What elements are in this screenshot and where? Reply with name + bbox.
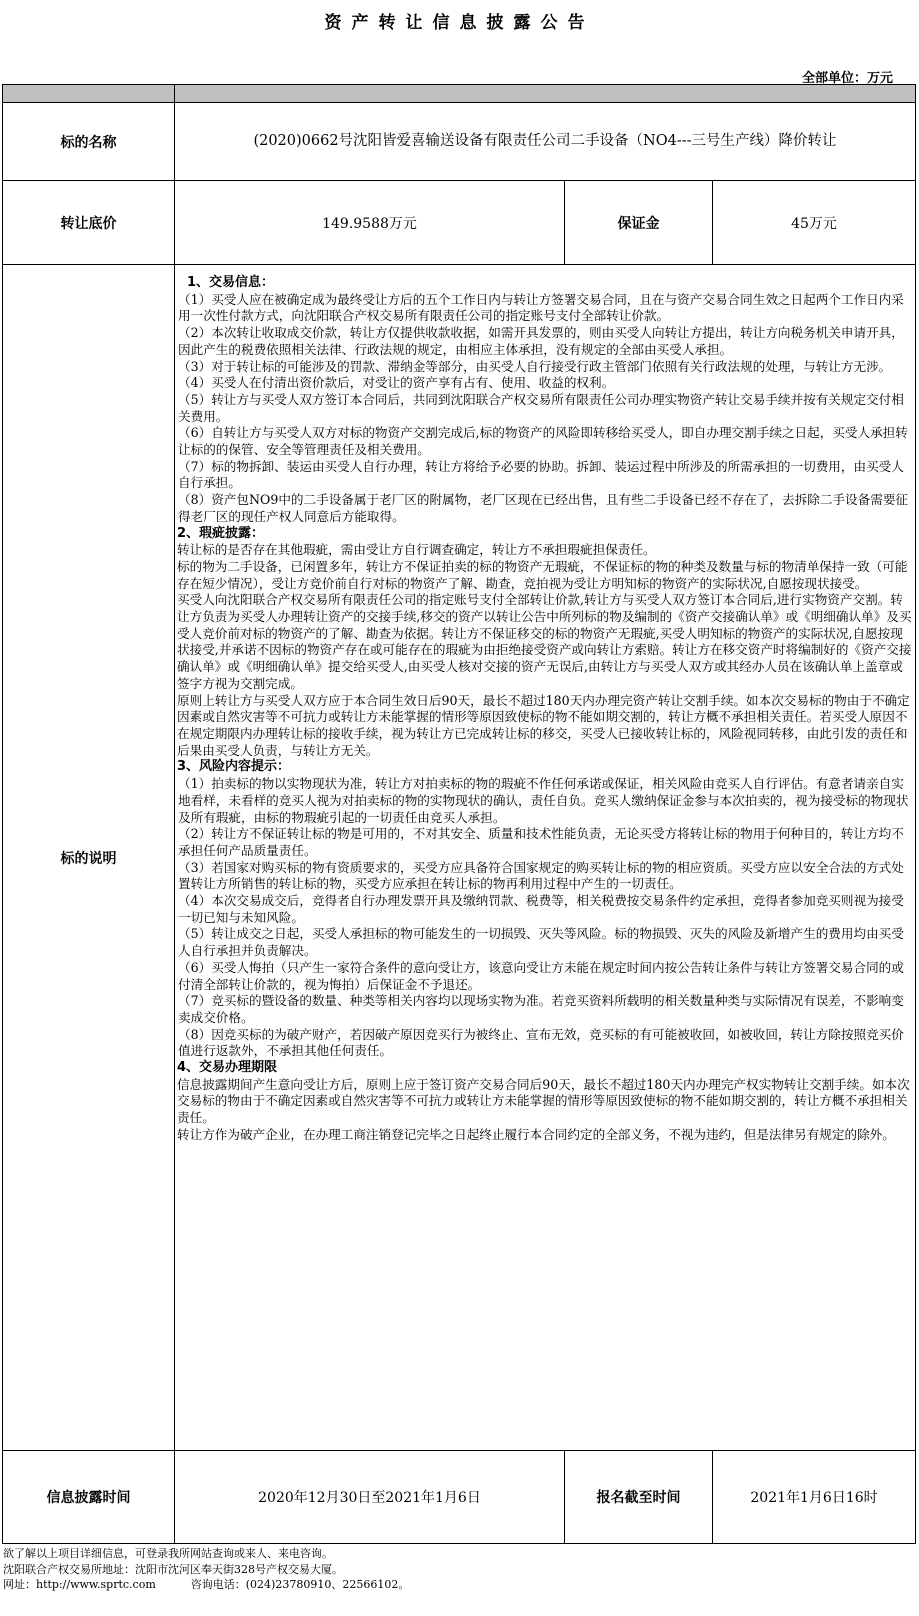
table-row-price: 转让底价 149.9588万元 保证金 45万元 bbox=[3, 181, 916, 265]
price-value: 149.9588万元 bbox=[175, 181, 565, 265]
list-item: （4）买受人在付清出资价款后，对受让的资产享有占有、使用、收益的权利。 bbox=[177, 375, 913, 392]
list-item: （2）本次转让收取成交价款，转让方仅提供收款收据，如需开具发票的，则由买受人向转… bbox=[177, 325, 913, 358]
paragraph: 转让方作为破产企业，在办理工商注销登记完毕之日起终止履行本合同约定的全部义务，不… bbox=[177, 1127, 913, 1144]
list-item: （3）若国家对购买标的物有资质要求的，买受方应具备符合国家规定的购买转让标的物的… bbox=[177, 860, 913, 893]
deadline-value: 2021年1月6日16时 bbox=[713, 1451, 916, 1544]
section-heading-defect-disclosure: 2、瑕疵披露： bbox=[177, 526, 913, 543]
deposit-value: 45万元 bbox=[713, 181, 916, 265]
disclosure-table: 标的名称 (2020)0662号沈阳皆爱喜输送设备有限责任公司二手设备（NO4-… bbox=[2, 84, 916, 1544]
paragraph: 原则上转让方与买受人双方应于本合同生效日后90天，最长不超过180天内办理完资产… bbox=[177, 693, 913, 760]
description-body: 1、交易信息： （1）买受人应在被确定成为最终受让方后的五个工作日内与转让方签署… bbox=[175, 265, 916, 1451]
list-item: （4）本次交易成交后，竞得者自行办理发票开具及缴纳罚款、税费等，相关税费按交易条… bbox=[177, 893, 913, 926]
website-link[interactable]: http://www.sprtc.com bbox=[36, 1578, 156, 1591]
footer-address: 沈阳联合产权交易所地址：沈阳市沈河区奉天街328号产权交易大厦。 bbox=[3, 1562, 409, 1578]
website-label: 网址： bbox=[3, 1578, 36, 1591]
list-item: （5）转让方与买受人双方签订本合同后，共同到沈阳联合产权交易所有限责任公司办理实… bbox=[177, 392, 913, 425]
section-heading-trade-period: 4、交易办理期限 bbox=[177, 1060, 913, 1077]
name-label: 标的名称 bbox=[3, 103, 175, 181]
table-header-row bbox=[3, 85, 916, 103]
phone-label: 咨询电话： bbox=[191, 1578, 246, 1591]
list-item: （8）因竞买标的为破产财产，若因破产原因竞买行为被终止、宣布无效，竞买标的有可能… bbox=[177, 1027, 913, 1060]
page-title: 资产转让信息披露公告 bbox=[0, 8, 919, 33]
footer: 欲了解以上项目详细信息，可登录我所网站查询或来人、来电咨询。 沈阳联合产权交易所… bbox=[3, 1546, 409, 1593]
list-item: （8）资产包NO9中的二手设备属于老厂区的附属物，老厂区现在已经出售，且有些二手… bbox=[177, 492, 913, 525]
section-heading-trade-info: 1、交易信息： bbox=[177, 275, 913, 292]
paragraph: 标的物为二手设备，已闲置多年，转让方不保证拍卖的标的物资产无瑕疵，不保证标的物的… bbox=[177, 559, 913, 592]
name-value: (2020)0662号沈阳皆爱喜输送设备有限责任公司二手设备（NO4---三号生… bbox=[175, 103, 916, 181]
paragraph: 买受人向沈阳联合产权交易所有限责任公司的指定账号支付全部转让价款,转让方与买受人… bbox=[177, 592, 913, 692]
list-item: （3）对于转让标的可能涉及的罚款、滞纳金等部分，由买受人自行接受行政主管部门依照… bbox=[177, 359, 913, 376]
list-item: （6）自转让方与买受人双方对标的物资产交割完成后,标的物资产的风险即转移给买受人… bbox=[177, 425, 913, 458]
phone-number: (024)23780910、22566102。 bbox=[246, 1578, 410, 1591]
paragraph: 信息披露期间产生意向受让方后，原则上应于签订资产交易合同后90天，最长不超过18… bbox=[177, 1077, 913, 1127]
header-cell-right bbox=[175, 85, 916, 103]
header-cell-left bbox=[3, 85, 175, 103]
disclosure-time-label: 信息披露时间 bbox=[3, 1451, 175, 1544]
deadline-label: 报名截至时间 bbox=[565, 1451, 713, 1544]
table-row-dates: 信息披露时间 2020年12月30日至2021年1月6日 报名截至时间 2021… bbox=[3, 1451, 916, 1544]
footer-contact-note: 欲了解以上项目详细信息，可登录我所网站查询或来人、来电咨询。 bbox=[3, 1546, 409, 1562]
table-row-description: 标的说明 1、交易信息： （1）买受人应在被确定成为最终受让方后的五个工作日内与… bbox=[3, 265, 916, 1451]
disclosure-time-value: 2020年12月30日至2021年1月6日 bbox=[175, 1451, 565, 1544]
list-item: （1）买受人应在被确定成为最终受让方后的五个工作日内与转让方签署交易合同，且在与… bbox=[177, 292, 913, 325]
list-item: （7）标的物拆卸、装运由买受人自行办理，转让方将给予必要的协助。拆卸、装运过程中… bbox=[177, 459, 913, 492]
footer-links: 网址：http://www.sprtc.com咨询电话：(024)2378091… bbox=[3, 1577, 409, 1593]
list-item: （6）买受人悔拍（只产生一家符合条件的意向受让方，该意向受让方未能在规定时间内按… bbox=[177, 960, 913, 993]
list-item: （1）拍卖标的物以实物现状为准，转让方对拍卖标的物的瑕疵不作任何承诺或保证，相关… bbox=[177, 776, 913, 826]
table-row-name: 标的名称 (2020)0662号沈阳皆爱喜输送设备有限责任公司二手设备（NO4-… bbox=[3, 103, 916, 181]
price-label: 转让底价 bbox=[3, 181, 175, 265]
list-item: （2）转让方不保证转让标的物是可用的，不对其安全、质量和技术性能负责，无论买受方… bbox=[177, 826, 913, 859]
section-heading-risk-notice: 3、风险内容提示： bbox=[177, 759, 913, 776]
paragraph: 转让标的是否存在其他瑕疵，需由受让方自行调查确定，转让方不承担瑕疵担保责任。 bbox=[177, 542, 913, 559]
list-item: （5）转让成交之日起，买受人承担标的物可能发生的一切损毁、灭失等风险。标的物损毁… bbox=[177, 926, 913, 959]
list-item: （7）竞买标的暨设备的数量、种类等相关内容均以现场实物为准。若竞买资料所载明的相… bbox=[177, 993, 913, 1026]
deposit-label: 保证金 bbox=[565, 181, 713, 265]
description-label: 标的说明 bbox=[3, 265, 175, 1451]
